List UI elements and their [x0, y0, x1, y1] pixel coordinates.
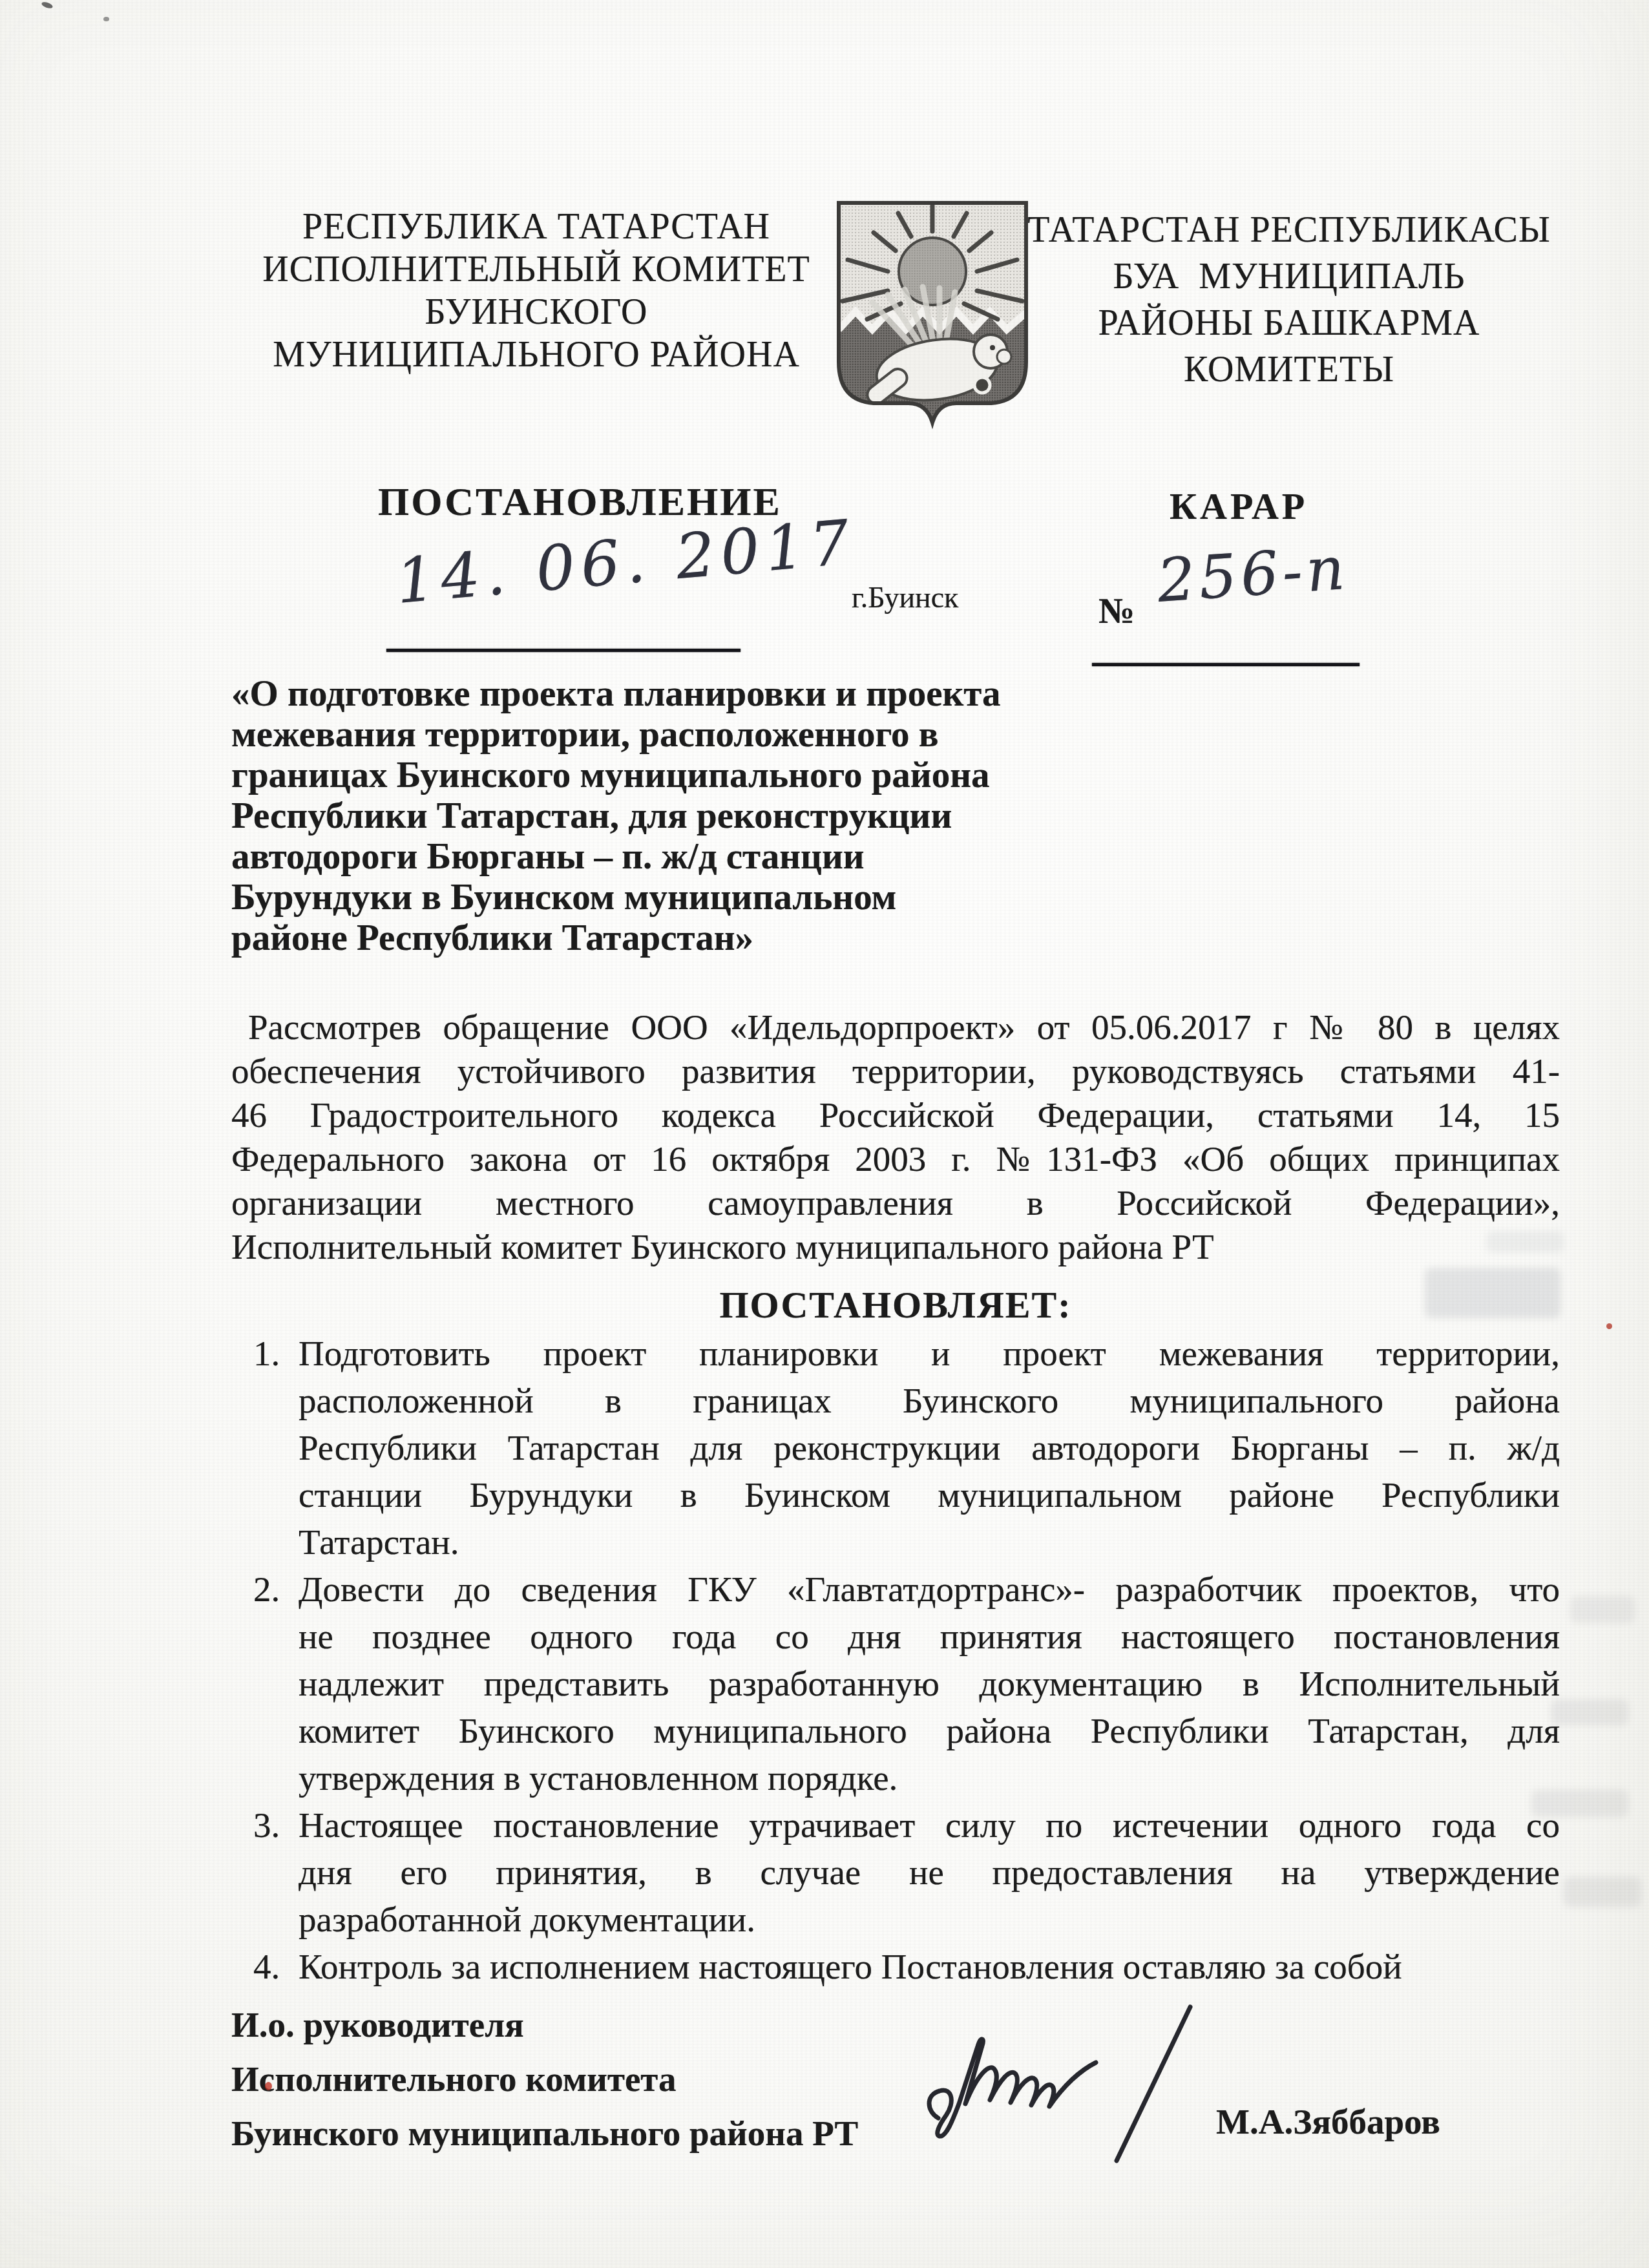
- org-line: БУИНСКОГО: [213, 291, 859, 333]
- signature-title: И.о. руководителя Исполнительного комите…: [231, 1998, 858, 2161]
- item-line: расположенной в границах Буинского муниц…: [299, 1377, 1560, 1424]
- document-title: «О подготовке проекта планировки и проек…: [231, 673, 1110, 958]
- title-line: границах Буинского муниципального района: [231, 755, 1110, 795]
- title-line: Республики Татарстан, для реконструкции: [231, 795, 1110, 836]
- org-name-russian: РЕСПУБЛИКА ТАТАРСТАН ИСПОЛНИТЕЛЬНЫЙ КОМИ…: [213, 205, 859, 376]
- item-line: станции Бурундуки в Буинском муниципальн…: [299, 1471, 1560, 1518]
- preamble-line: обеспечения устойчивого развития террито…: [231, 1049, 1560, 1093]
- org-line: РАЙОНЫ БАШКАРМА: [972, 300, 1606, 346]
- item-line: разработанной документации.: [299, 1896, 1560, 1943]
- item-number: 1.: [253, 1330, 280, 1377]
- org-line: БУА МУНИЦИПАЛЬ: [972, 253, 1606, 300]
- title-line: «О подготовке проекта планировки и проек…: [231, 673, 1110, 714]
- signer-name: М.А.Зяббаров: [1216, 2101, 1440, 2142]
- signature-stroke-icon: [898, 1985, 1234, 2179]
- item-line: Республики Татарстан для реконструкции а…: [299, 1424, 1560, 1471]
- org-line: ИСПОЛНИТЕЛЬНЫЙ КОМИТЕТ: [213, 248, 859, 291]
- signature-line: И.о. руководителя: [231, 1998, 858, 2052]
- item-number: 3.: [253, 1801, 280, 1849]
- preamble-line: 46 Градостроительного кодекса Российской…: [231, 1093, 1560, 1137]
- number-underline: [1092, 663, 1360, 666]
- place-name: г.Буинск: [852, 580, 958, 614]
- item-number: 2.: [253, 1566, 280, 1613]
- preamble: Рассмотрев обращение ООО «Идельдорпроект…: [231, 1005, 1560, 1269]
- number-label: №: [1098, 591, 1135, 632]
- scan-artifact-smudge: [1570, 1596, 1635, 1623]
- scan-artifact-speck: [41, 1, 54, 10]
- item-line: надлежит представить разработанную докум…: [299, 1660, 1560, 1707]
- scan-artifact-smudge: [1551, 1699, 1628, 1725]
- scan-artifact-smudge: [1564, 1877, 1641, 1907]
- title-line: районе Республики Татарстан»: [231, 918, 1110, 958]
- scan-artifact-red-speck: [1606, 1323, 1612, 1329]
- item-line: Контроль за исполнением настоящего Поста…: [299, 1943, 1560, 1990]
- preamble-line: организации местного самоуправления в Ро…: [231, 1181, 1560, 1225]
- list-item: 3. Настоящее постановление утрачивает си…: [253, 1801, 1560, 1943]
- item-number: 4.: [253, 1943, 280, 1990]
- item-line: утверждения в установленном порядке.: [299, 1754, 1560, 1801]
- title-line: автодороги Бюрганы – п. ж/д станции: [231, 836, 1110, 877]
- preamble-line: Исполнительный комитет Буинского муницип…: [231, 1225, 1560, 1269]
- preamble-line: Федерального закона от 16 октября 2003 г…: [231, 1137, 1560, 1181]
- scanned-decree-page: РЕСПУБЛИКА ТАТАРСТАН ИСПОЛНИТЕЛЬНЫЙ КОМИ…: [0, 0, 1649, 2268]
- handwritten-number: 256-п: [1155, 534, 1351, 616]
- org-name-tatar: ТАТАРСТАН РЕСПУБЛИКАСЫ БУА МУНИЦИПАЛЬ РА…: [972, 207, 1606, 393]
- item-line: Довести до сведения ГКУ «Главтатдортранс…: [299, 1566, 1560, 1613]
- doc-type-tatar: КАРАР: [1170, 485, 1308, 528]
- item-line: Подготовить проект планировки и проект м…: [299, 1330, 1560, 1377]
- list-item: 1. Подготовить проект планировки и проек…: [253, 1330, 1560, 1566]
- title-line: межевания территории, расположенного в: [231, 714, 1110, 755]
- scan-artifact-speck: [103, 17, 109, 21]
- item-line: не позднее одного года со дня принятия н…: [299, 1613, 1560, 1660]
- org-line: ТАТАРСТАН РЕСПУБЛИКАСЫ: [972, 207, 1606, 253]
- signature-line: Исполнительного комитета: [231, 2052, 858, 2106]
- preamble-line: Рассмотрев обращение ООО «Идельдорпроект…: [231, 1005, 1560, 1049]
- title-line: Бурундуки в Буинском муниципальном: [231, 877, 1110, 918]
- list-item: 4. Контроль за исполнением настоящего По…: [253, 1943, 1560, 1990]
- org-line: КОМИТЕТЫ: [972, 346, 1606, 393]
- date-underline: [386, 649, 740, 652]
- item-line: комитет Буинского муниципального района …: [299, 1707, 1560, 1754]
- resolves-heading: ПОСТАНОВЛЯЕТ:: [231, 1283, 1560, 1327]
- org-line: МУНИЦИПАЛЬНОГО РАЙОНА: [213, 333, 859, 376]
- resolution-list: 1. Подготовить проект планировки и проек…: [253, 1330, 1560, 1990]
- item-line: дня его принятия, в случае не предоставл…: [299, 1849, 1560, 1896]
- item-line: Татарстан.: [299, 1518, 1560, 1566]
- org-line: РЕСПУБЛИКА ТАТАРСТАН: [213, 205, 859, 248]
- signature-line: Буинского муниципального района РТ: [231, 2106, 858, 2161]
- item-line: Настоящее постановление утрачивает силу …: [299, 1801, 1560, 1849]
- list-item: 2. Довести до сведения ГКУ «Главтатдортр…: [253, 1566, 1560, 1801]
